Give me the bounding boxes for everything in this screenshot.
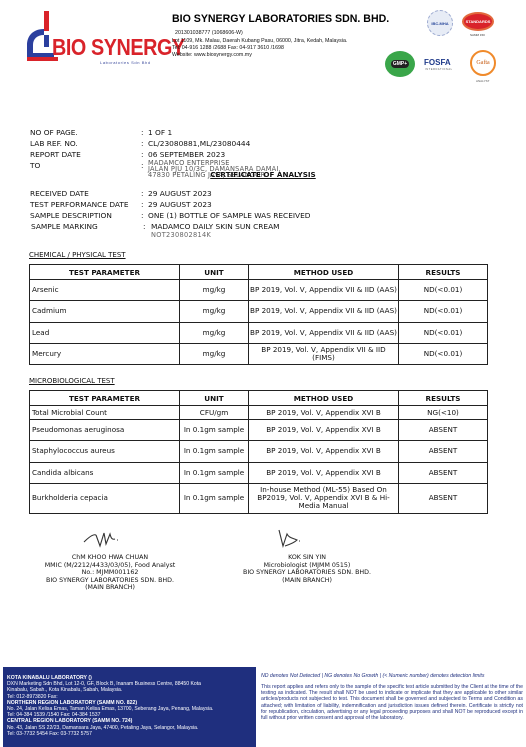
colon: : — [141, 161, 144, 170]
table-row: Mercury mg/kg BP 2019, Vol. V, Appendix … — [30, 343, 488, 364]
standards-badge-icon: STANDARDS — [462, 12, 494, 31]
column-header: TEST PARAMETER — [30, 391, 180, 406]
abbreviation-legend: ND denotes Not Detected | NG denotes No … — [261, 673, 523, 679]
test-parameter: Arsenic — [30, 280, 180, 301]
method: In-house Method (ML-55) Based On BP2019,… — [249, 483, 399, 513]
logo-wordmark: BIO SYNERGY — [52, 34, 185, 61]
company-tel-fax: Tel: 04-916 1288 /2688 Fax: 04-917 3610 … — [172, 45, 284, 51]
unit: In 0.1gm sample — [180, 441, 249, 462]
signatory-branch: (MAIN BRANCH) — [222, 577, 392, 585]
microbiological-test-table: TEST PARAMETER UNIT METHOD USED RESULTS … — [29, 390, 488, 514]
received-date-value: 29 AUGUST 2023 — [148, 189, 212, 198]
sample-marking-value: MADAMCO DAILY SKIN SUN CREAM — [151, 222, 280, 231]
result: ND(<0.01) — [399, 322, 488, 343]
unit: mg/kg — [180, 301, 249, 322]
test-parameter: Candida albicans — [30, 462, 180, 483]
test-parameter: Pseudomonas aeruginosa — [30, 420, 180, 441]
result: ND(<0.01) — [399, 280, 488, 301]
result: ND(<0.01) — [399, 343, 488, 364]
logo-text-bio: BIO — [52, 34, 86, 60]
method: BP 2019, Vol. V, Appendix VII & IID (AAS… — [249, 301, 399, 322]
company-address: Lot 1109, Mk. Malau, Daerah Kubang Pasu,… — [172, 38, 347, 44]
table-row: Total Microbial Count CFU/gm BP 2019, Vo… — [30, 406, 488, 420]
company-website: Website: www.biosynergy.com.my — [172, 52, 252, 58]
company-registration: 201301038777 (1068606-W) — [175, 30, 243, 36]
logo-text-synergy: SYNERGY — [91, 34, 185, 60]
micro-section-title: MICROBIOLOGICAL TEST — [29, 377, 115, 385]
table-row: Cadmium mg/kg BP 2019, Vol. V, Appendix … — [30, 301, 488, 322]
chemical-test-table: TEST PARAMETER UNIT METHOD USED RESULTS … — [29, 264, 488, 365]
branch-line: Tel: 03-7732 5454 Fax: 03-7732 5757 — [7, 731, 256, 737]
result: ABSENT — [399, 483, 488, 513]
column-header: TEST PARAMETER — [30, 265, 180, 280]
signatory-title: Microbiologist (MJMM 0515) — [222, 562, 392, 570]
gmp-plus-badge-icon: GMP+ — [385, 51, 415, 77]
method: BP 2019, Vol. V, Appendix VII & IID (FIM… — [249, 343, 399, 364]
footer-notes: ND denotes Not Detected | NG denotes No … — [261, 673, 523, 721]
result: NG(<10) — [399, 406, 488, 420]
gafta-badge-icon: Gafta — [470, 50, 496, 76]
result: ABSENT — [399, 462, 488, 483]
table-row: Lead mg/kg BP 2019, Vol. V, Appendix VII… — [30, 322, 488, 343]
colon: : — [143, 222, 146, 231]
method: BP 2019, Vol. V, Appendix VII & IID (AAS… — [249, 322, 399, 343]
test-parameter: Cadmium — [30, 301, 180, 322]
table-row: Staphylococcus aureus In 0.1gm sample BP… — [30, 441, 488, 462]
method: BP 2019, Vol. V, Appendix VII & IID (AAS… — [249, 280, 399, 301]
result: ND(<0.01) — [399, 301, 488, 322]
signatory-number: No.: MJMM001162 — [30, 569, 190, 577]
result: ABSENT — [399, 420, 488, 441]
company-logo: BIO SYNERGY Laboratories Sdn Bhd — [22, 11, 170, 67]
no-of-page-label: NO OF PAGE. — [30, 128, 78, 137]
column-header: UNIT — [180, 265, 249, 280]
unit: mg/kg — [180, 343, 249, 364]
signatory-name: ChM KHOO HWA CHUAN — [30, 554, 190, 562]
certificate-title: CERTIFICATE OF ANALYSIS — [0, 170, 526, 179]
unit: CFU/gm — [180, 406, 249, 420]
sample-description-label: SAMPLE DESCRIPTION — [30, 211, 112, 220]
method: BP 2019, Vol. V, Appendix XVI B — [249, 420, 399, 441]
branch-laboratories-box: KOTA KINABALU LABORATORY () DXN Marketin… — [3, 667, 256, 747]
colon: : — [141, 128, 144, 137]
test-parameter: Staphylococcus aureus — [30, 441, 180, 462]
received-date-label: RECEIVED DATE — [30, 189, 89, 198]
lab-ref-label: LAB REF. NO. — [30, 139, 78, 148]
sample-description-value: ONE (1) BOTTLE OF SAMPLE WAS RECEIVED — [148, 211, 310, 220]
test-performance-date-value: 29 AUGUST 2023 — [148, 200, 212, 209]
table-header-row: TEST PARAMETER UNIT METHOD USED RESULTS — [30, 391, 488, 406]
table-row: Candida albicans In 0.1gm sample BP 2019… — [30, 462, 488, 483]
table-header-row: TEST PARAMETER UNIT METHOD USED RESULTS — [30, 265, 488, 280]
result: ABSENT — [399, 441, 488, 462]
signatory-company: BIO SYNERGY LABORATORIES SDN. BHD. — [222, 569, 392, 577]
column-header: RESULTS — [399, 265, 488, 280]
test-performance-date-label: TEST PERFORMANCE DATE — [30, 200, 129, 209]
signatory-chemist: ChM KHOO HWA CHUAN MMIC (M/2212/4433/03/… — [30, 554, 190, 592]
lab-ref-value: CL/23080881,ML/23080444 — [148, 139, 250, 148]
fosfa-badge-caption: INTERNATIONAL — [425, 68, 453, 71]
test-parameter: Total Microbial Count — [30, 406, 180, 420]
test-parameter: Lead — [30, 322, 180, 343]
gmp-badge-label: GMP+ — [391, 60, 409, 68]
signature-kok-icon — [275, 526, 305, 551]
report-date-value: 06 SEPTEMBER 2023 — [148, 150, 225, 159]
signature-khoo-icon — [82, 526, 127, 551]
table-row: Arsenic mg/kg BP 2019, Vol. V, Appendix … — [30, 280, 488, 301]
unit: mg/kg — [180, 322, 249, 343]
table-row: Burkholderia cepacia In 0.1gm sample In-… — [30, 483, 488, 513]
sample-marking-label: SAMPLE MARKING — [31, 222, 98, 231]
signatory-company: BIO SYNERGY LABORATORIES SDN. BHD. — [30, 577, 190, 585]
signatory-title: MMIC (M/2212/4433/03/05), Food Analyst — [30, 562, 190, 570]
gafta-badge-caption: ANALYST — [476, 79, 489, 83]
fosfa-badge-icon: FOSFA — [424, 58, 451, 67]
unit: mg/kg — [180, 280, 249, 301]
colon: : — [141, 200, 144, 209]
logo-subtitle: Laboratories Sdn Bhd — [100, 60, 151, 65]
test-parameter: Mercury — [30, 343, 180, 364]
unit: In 0.1gm sample — [180, 462, 249, 483]
standards-badge-caption: SAMM 150 — [470, 33, 485, 37]
signatory-branch: (MAIN BRANCH) — [30, 584, 190, 592]
colon: : — [141, 150, 144, 159]
column-header: UNIT — [180, 391, 249, 406]
report-date-label: REPORT DATE — [30, 150, 81, 159]
method: BP 2019, Vol. V, Appendix XVI B — [249, 406, 399, 420]
company-name: BIO SYNERGY LABORATORIES SDN. BHD. — [172, 13, 389, 25]
column-header: METHOD USED — [249, 265, 399, 280]
no-of-page-value: 1 OF 1 — [148, 128, 172, 137]
test-parameter: Burkholderia cepacia — [30, 483, 180, 513]
to-label: TO — [30, 161, 40, 170]
unit: In 0.1gm sample — [180, 420, 249, 441]
colon: : — [141, 189, 144, 198]
ibc-mha-badge-icon: IBC-MHA — [427, 10, 453, 36]
column-header: RESULTS — [399, 391, 488, 406]
sample-marking-code: NOT230802814K — [151, 231, 211, 239]
colon: : — [141, 139, 144, 148]
chemical-section-title: CHEMICAL / PHYSICAL TEST — [29, 251, 126, 259]
signatory-name: KOK SIN YIN — [222, 554, 392, 562]
table-row: Pseudomonas aeruginosa In 0.1gm sample B… — [30, 420, 488, 441]
method: BP 2019, Vol. V, Appendix XVI B — [249, 441, 399, 462]
colon: : — [141, 211, 144, 220]
method: BP 2019, Vol. V, Appendix XVI B — [249, 462, 399, 483]
signatory-microbiologist: KOK SIN YIN Microbiologist (MJMM 0515) B… — [222, 554, 392, 584]
column-header: METHOD USED — [249, 391, 399, 406]
unit: In 0.1gm sample — [180, 483, 249, 513]
disclaimer-text: This report applies and refers only to t… — [261, 684, 523, 721]
